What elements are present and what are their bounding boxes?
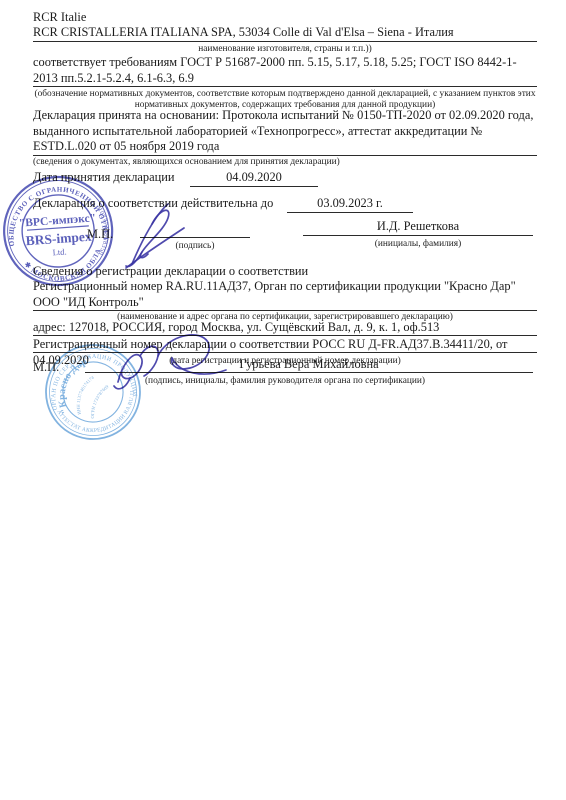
declaration-basis-text: Декларация принята на основании: Протоко… (33, 108, 537, 156)
adoption-date-value: 04.09.2020 (190, 170, 318, 187)
svg-text:ОГРН 1733787609: ОГРН 1733787609 (83, 383, 117, 420)
stamp1-center-cyrillic: "ВРС-импэкс" (18, 212, 96, 229)
stamp1-center-latin: BRS-impex (25, 229, 92, 249)
certification-head-caption: (подпись, инициалы, фамилия руководителя… (33, 376, 537, 387)
standards-compliance-text: соответствует требованиям ГОСТ Р 51687-2… (33, 55, 537, 87)
registration-header: Сведения о регистрации декларации о соот… (33, 264, 308, 280)
valid-until-value: 03.09.2023 г. (287, 196, 413, 213)
stamp1-center-ltd: Ltd. (52, 246, 67, 257)
manufacturer-country-line: RCR Italie (33, 10, 86, 26)
cert-body-address: адрес: 127018, РОССИЯ, город Москва, ул.… (33, 320, 537, 336)
adoption-date-label: Дата принятия декларации (33, 170, 175, 186)
declaration-registration-number: Регистрационный номер декларации о соотв… (33, 337, 537, 353)
signature-line (140, 222, 250, 238)
seal-place-label-bottom: М.П. (33, 360, 59, 376)
basis-caption: (сведения о документах, являющихся основ… (33, 157, 537, 168)
certification-head-name: Гурьева Вера Михайловна (85, 357, 533, 373)
valid-until-label: Декларация о соответствии действительна … (33, 196, 273, 212)
signer-name-caption: (инициалы, фамилия) (303, 239, 533, 250)
seal-place-label-top: М.П. (87, 227, 113, 243)
declaration-document-page: RCR Italie RCR CRISTALLERIA ITALIANA SPA… (0, 0, 566, 800)
signature-caption: (подпись) (150, 241, 240, 252)
stamp2-ogrn: ОГРН 1733787609 (83, 383, 117, 420)
registration-body-text: Регистрационный номер RA.RU.11АД37, Орга… (33, 279, 537, 311)
signer-name: И.Д. Решеткова (303, 219, 533, 236)
standards-caption-line1: (обозначение нормативных документов, соо… (33, 89, 537, 100)
manufacturer-caption: наименование изготовителя, страны и т.п.… (33, 44, 537, 55)
manufacturer-name-line: RCR CRISTALLERIA ITALIANA SPA, 53034 Col… (33, 25, 537, 42)
